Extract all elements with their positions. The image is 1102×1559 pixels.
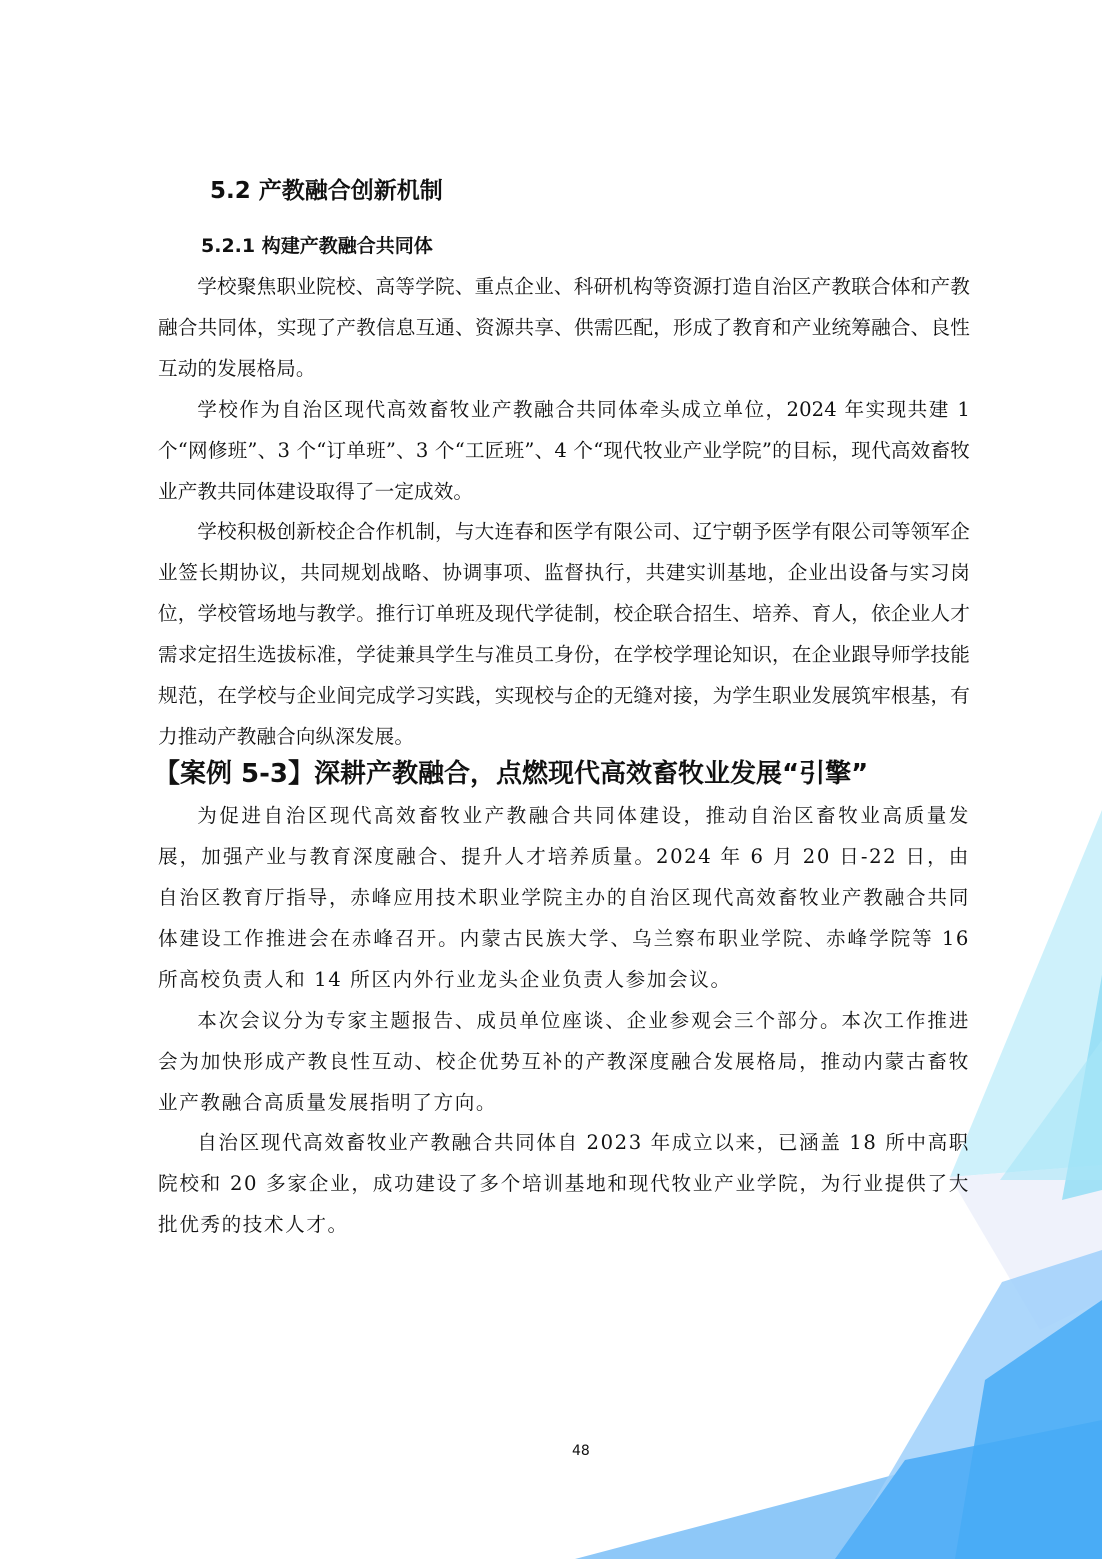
case-paragraph: 为促进自治区现代高效畜牧业产教融合共同体建设，推动自治区畜牧业高质量发展，加强产… — [158, 795, 970, 1000]
page-number: 48 — [572, 1443, 590, 1459]
case-title: 【案例 5-3】深耕产教融合，点燃现代高效畜牧业发展“引擎” — [154, 753, 868, 790]
body-paragraph: 学校作为自治区现代高效畜牧业产教融合共同体牵头成立单位，2024 年实现共建 1… — [158, 389, 970, 512]
case-paragraph: 自治区现代高效畜牧业产教融合共同体自 2023 年成立以来，已涵盖 18 所中高… — [158, 1122, 970, 1245]
section-heading: 5.2 产教融合创新机制 — [210, 172, 443, 205]
body-paragraph: 学校聚焦职业院校、高等学院、重点企业、科研机构等资源打造自治区产教联合体和产教融… — [158, 266, 970, 389]
case-paragraph: 本次会议分为专家主题报告、成员单位座谈、企业参观会三个部分。本次工作推进会为加快… — [158, 1000, 970, 1123]
subsection-heading: 5.2.1 构建产教融合共同体 — [201, 231, 433, 258]
body-paragraph: 学校积极创新校企合作机制，与大连春和医学有限公司、辽宁朝予医学有限公司等领军企业… — [158, 511, 970, 757]
